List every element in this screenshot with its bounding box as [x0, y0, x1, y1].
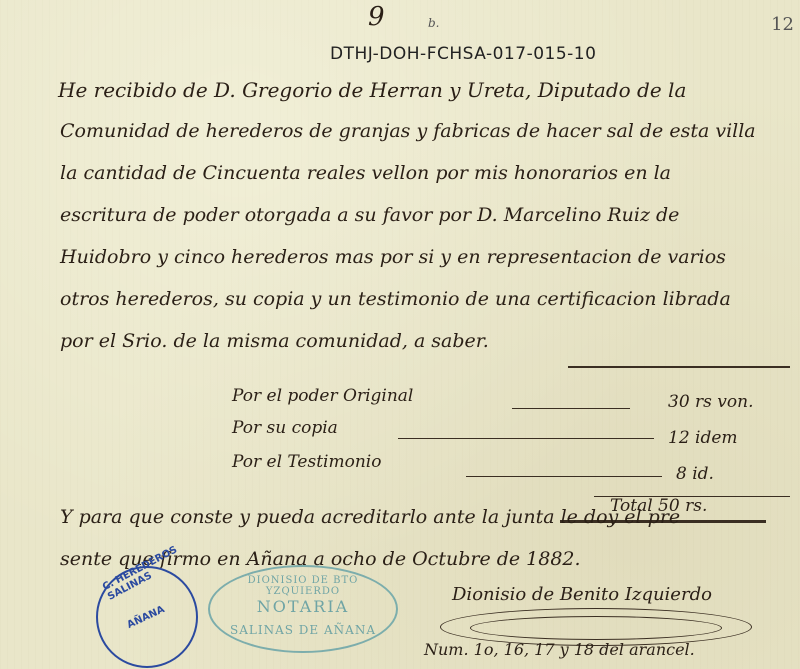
body-line: por el Srio. de la misma comunidad, a sa…: [60, 330, 489, 352]
item-amount: 30 rs von.: [668, 392, 753, 412]
item-label: Por el Testimonio: [232, 452, 381, 472]
signature: Dionisio de Benito Izquierdo: [452, 584, 712, 605]
item-label: Por el poder Original: [232, 386, 413, 406]
body-line: otros herederos, su copia y un testimoni…: [60, 288, 731, 310]
body-line: Comunidad de herederos de granjas y fabr…: [60, 120, 756, 142]
leader-line: [398, 438, 654, 439]
closing-line: Y para que conste y pueda acreditarlo an…: [60, 506, 680, 528]
item-amount: 12 idem: [668, 428, 738, 448]
body-line: He recibido de D. Gregorio de Herran y U…: [58, 78, 686, 102]
notary-stamp: DIONISIO DE BTO YZQUIERDO NOTARIA SALINA…: [208, 565, 398, 653]
footnote: Num. 1o, 16, 17 y 18 del arancel.: [424, 640, 695, 659]
body-line: Huidobro y cinco herederos mas por si y …: [60, 246, 726, 268]
leader-line: [466, 476, 662, 477]
body-line: escritura de poder otorgada a su favor p…: [60, 204, 679, 226]
item-label: Por su copia: [232, 418, 338, 438]
page-number: 12: [771, 14, 794, 35]
small-mark: b.: [428, 16, 440, 30]
reference-code: DTHJ-DOH-FCHSA-017-015-10: [330, 44, 596, 64]
body-line: la cantidad de Cincuenta reales vellon p…: [60, 162, 671, 184]
leader-line: [512, 408, 630, 409]
divider-rule: [568, 366, 790, 368]
folio-mark: 9: [368, 2, 385, 32]
heirs-stamp: C. HEREDEROS SALINAS AÑANA: [96, 566, 198, 668]
item-amount: 8 id.: [676, 464, 714, 484]
signature-flourish: [470, 616, 722, 640]
